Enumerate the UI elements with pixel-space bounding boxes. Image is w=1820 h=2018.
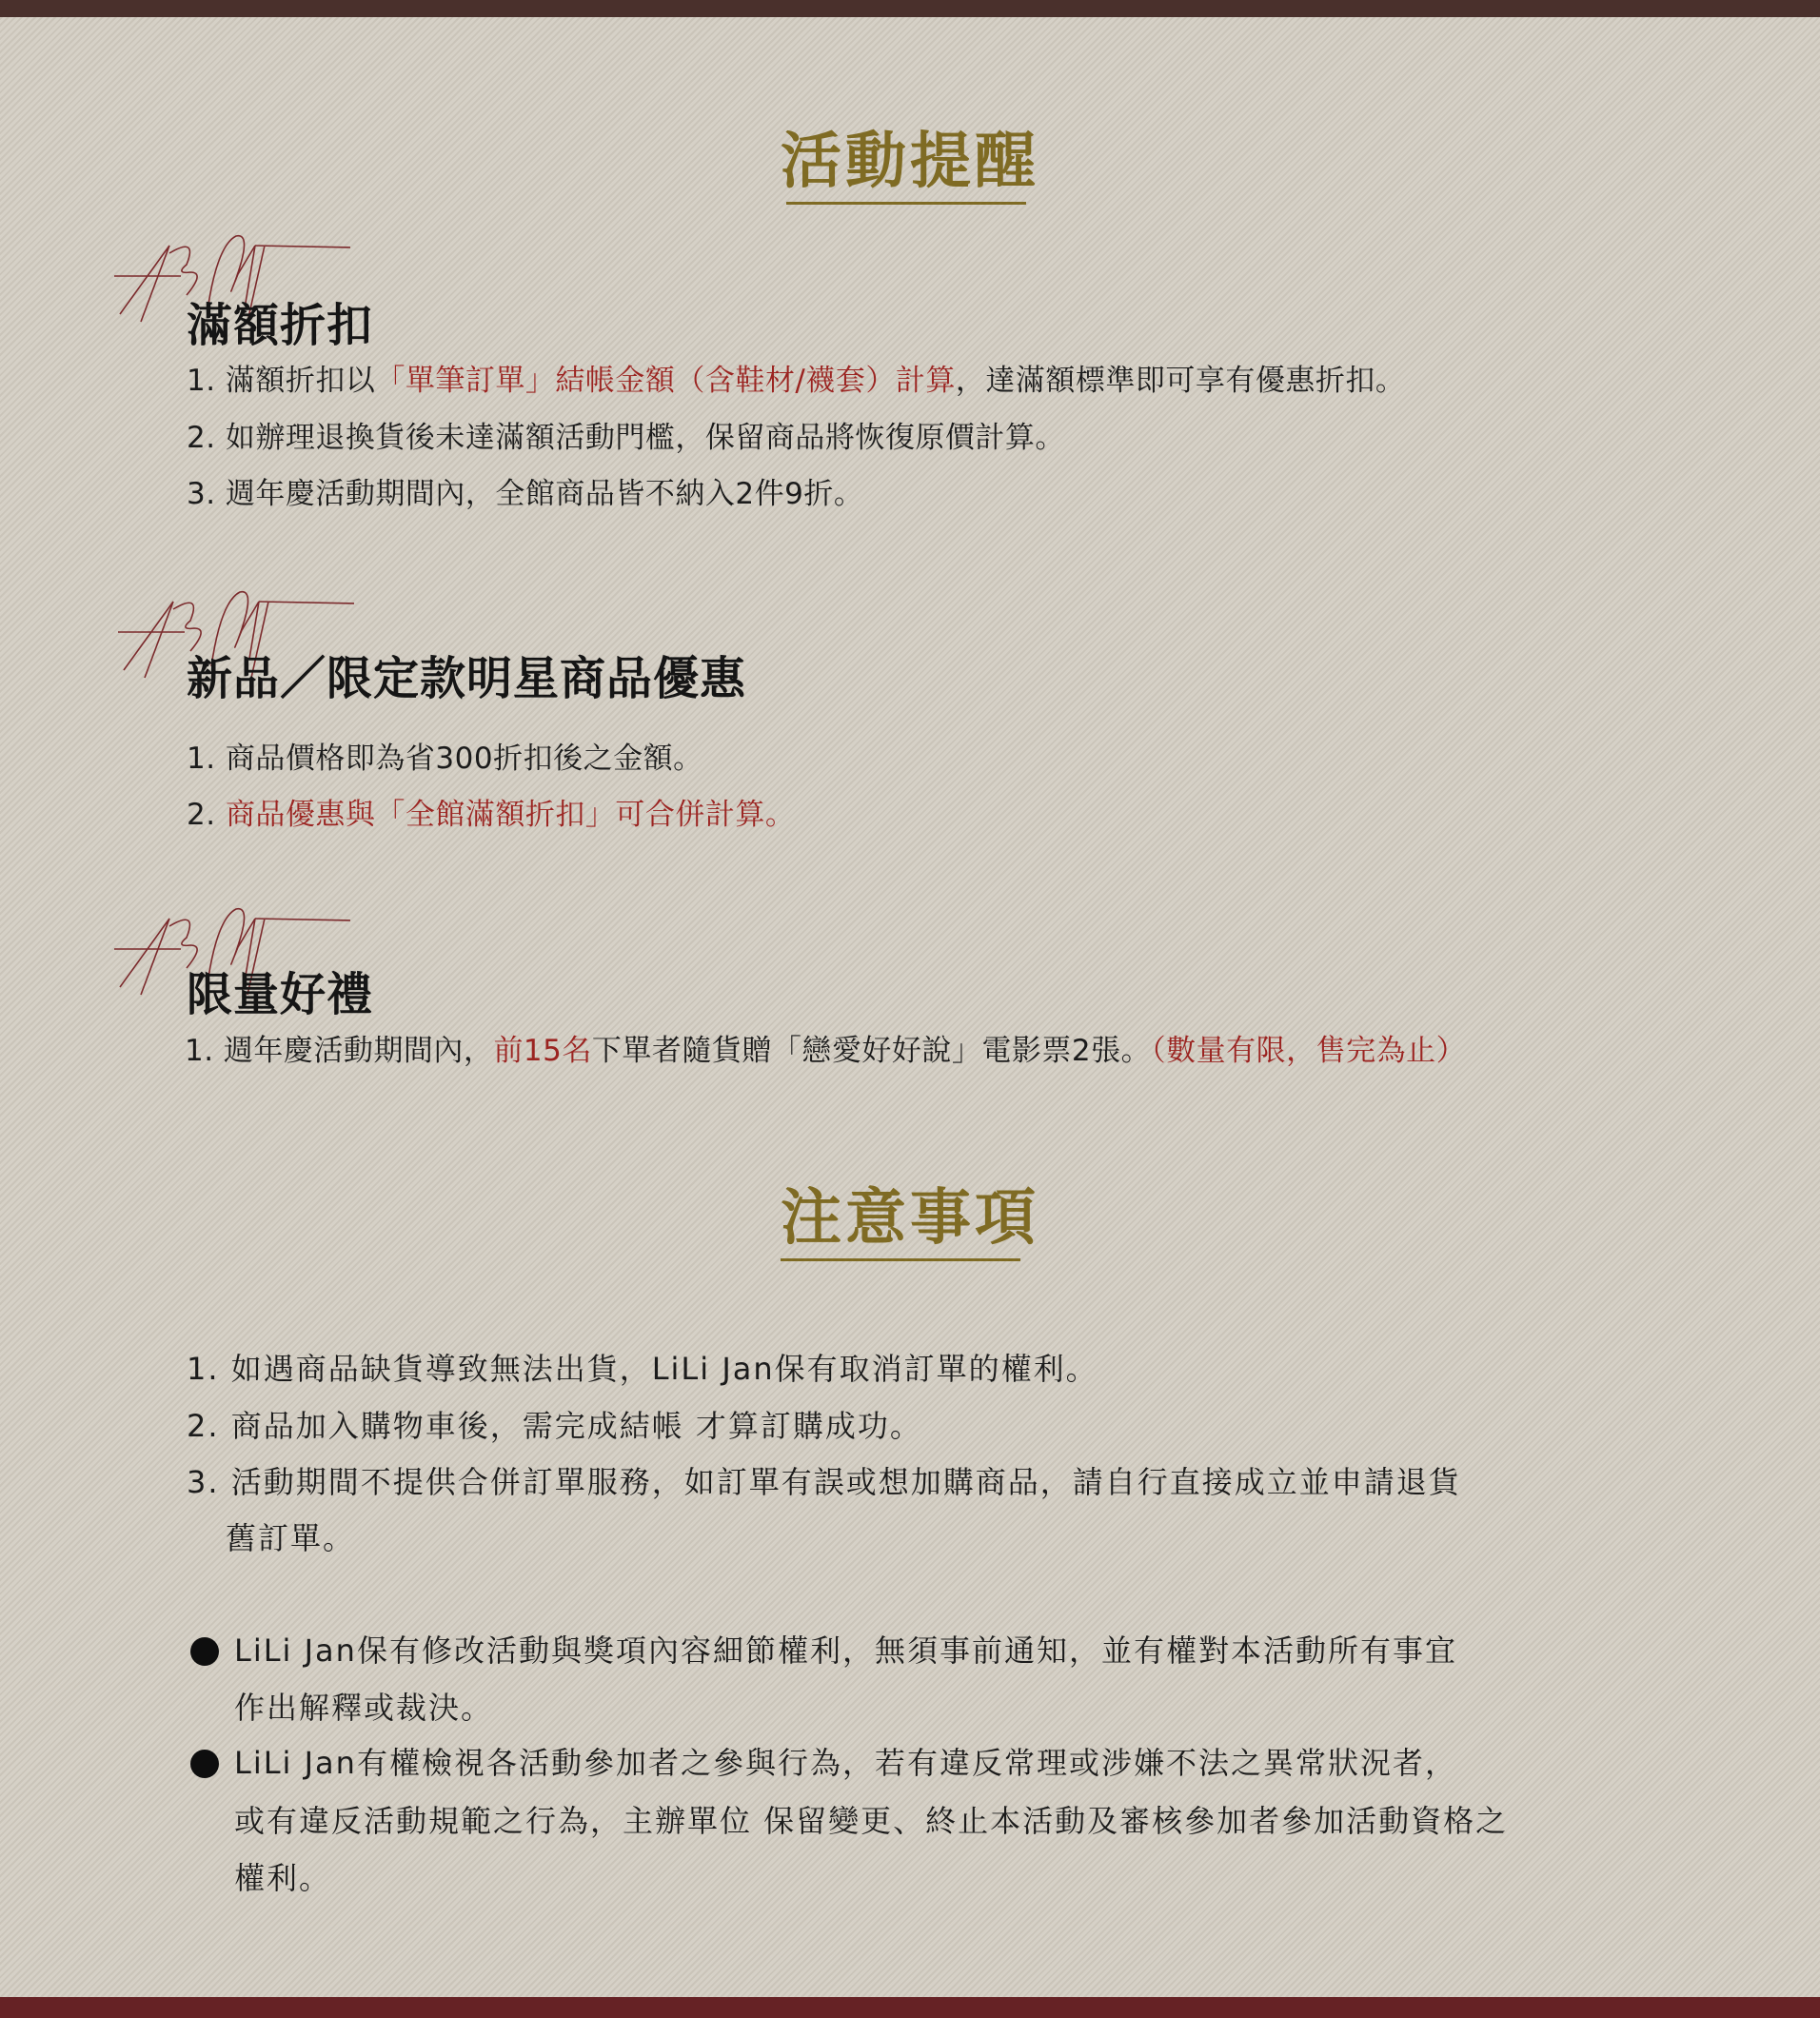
new-offer-item-2: 2. 商品優惠與「全館滿額折扣」可合併計算。 (187, 796, 795, 834)
full-discount-item-2: 2. 如辦理退換貨後未達滿額活動門檻，保留商品將恢復原價計算。 (187, 419, 1065, 457)
highlight-text: 「單筆訂單」結帳金額（含鞋材/襪套）計算 (375, 364, 955, 398)
highlight-text: 商品優惠與「全館滿額折扣」可合併計算。 (226, 798, 796, 832)
notice-item-2: 2. 商品加入購物車後，需完成結帳 才算訂購成功。 (187, 1407, 922, 1445)
notice-bullet-2-line-3: 權利。 (234, 1859, 331, 1897)
full-discount-item-1: 1. 滿額折扣以「單筆訂單」結帳金額（含鞋材/襪套）計算，達滿額標準即可享有優惠… (187, 362, 1405, 400)
bullet-icon (190, 1637, 219, 1666)
notice-bullet-2-line-1: LiLi Jan有權檢視各活動參加者之參與行為，若有違反常理或涉嫌不法之異常狀況… (234, 1744, 1457, 1782)
title-underline (786, 202, 1026, 205)
notice-bullet-2-line-2: 或有違反活動規範之行為，主辦單位 保留變更、終止本活動及審核參加者參加活動資格之 (234, 1802, 1508, 1840)
full-discount-item-3: 3. 週年慶活動期間內，全館商品皆不納入2件9折。 (187, 475, 863, 513)
bottom-bar (0, 1997, 1820, 2018)
section-heading-new-limited-offer: 新品／限定款明星商品優惠 (187, 642, 746, 707)
highlight-text: 前15名 (493, 1034, 591, 1068)
title-underline (781, 1258, 1020, 1261)
bullet-icon (190, 1750, 219, 1778)
notice-item-3-continued: 舊訂單。 (226, 1519, 355, 1557)
notice-item-1: 1. 如遇商品缺貨導致無法出貨，LiLi Jan保有取消訂單的權利。 (187, 1350, 1098, 1388)
highlight-text: （數量有限，售完為止） (1151, 1034, 1466, 1068)
section-heading-limited-gift: 限量好禮 (187, 958, 373, 1023)
new-offer-item-1: 1. 商品價格即為省300折扣後之金額。 (187, 740, 703, 778)
top-bar (0, 0, 1820, 17)
notice-title: 注意事項 (0, 1169, 1820, 1256)
notice-bullet-1-line-1: LiLi Jan保有修改活動與獎項內容細節權利，無須事前通知，並有權對本活動所有… (234, 1632, 1457, 1670)
limited-gift-item-1: 1. 週年慶活動期間內，前15名下單者隨貨贈「戀愛好好說」電影票2張。（數量有限… (185, 1032, 1466, 1070)
notice-item-3: 3. 活動期間不提供合併訂單服務，如訂單有誤或想加購商品，請自行直接成立並申請退… (187, 1463, 1461, 1501)
notice-bullet-1-line-2: 作出解釋或裁決。 (234, 1689, 493, 1727)
section-heading-full-discount: 滿額折扣 (187, 288, 373, 354)
activity-reminder-title: 活動提醒 (0, 112, 1820, 200)
